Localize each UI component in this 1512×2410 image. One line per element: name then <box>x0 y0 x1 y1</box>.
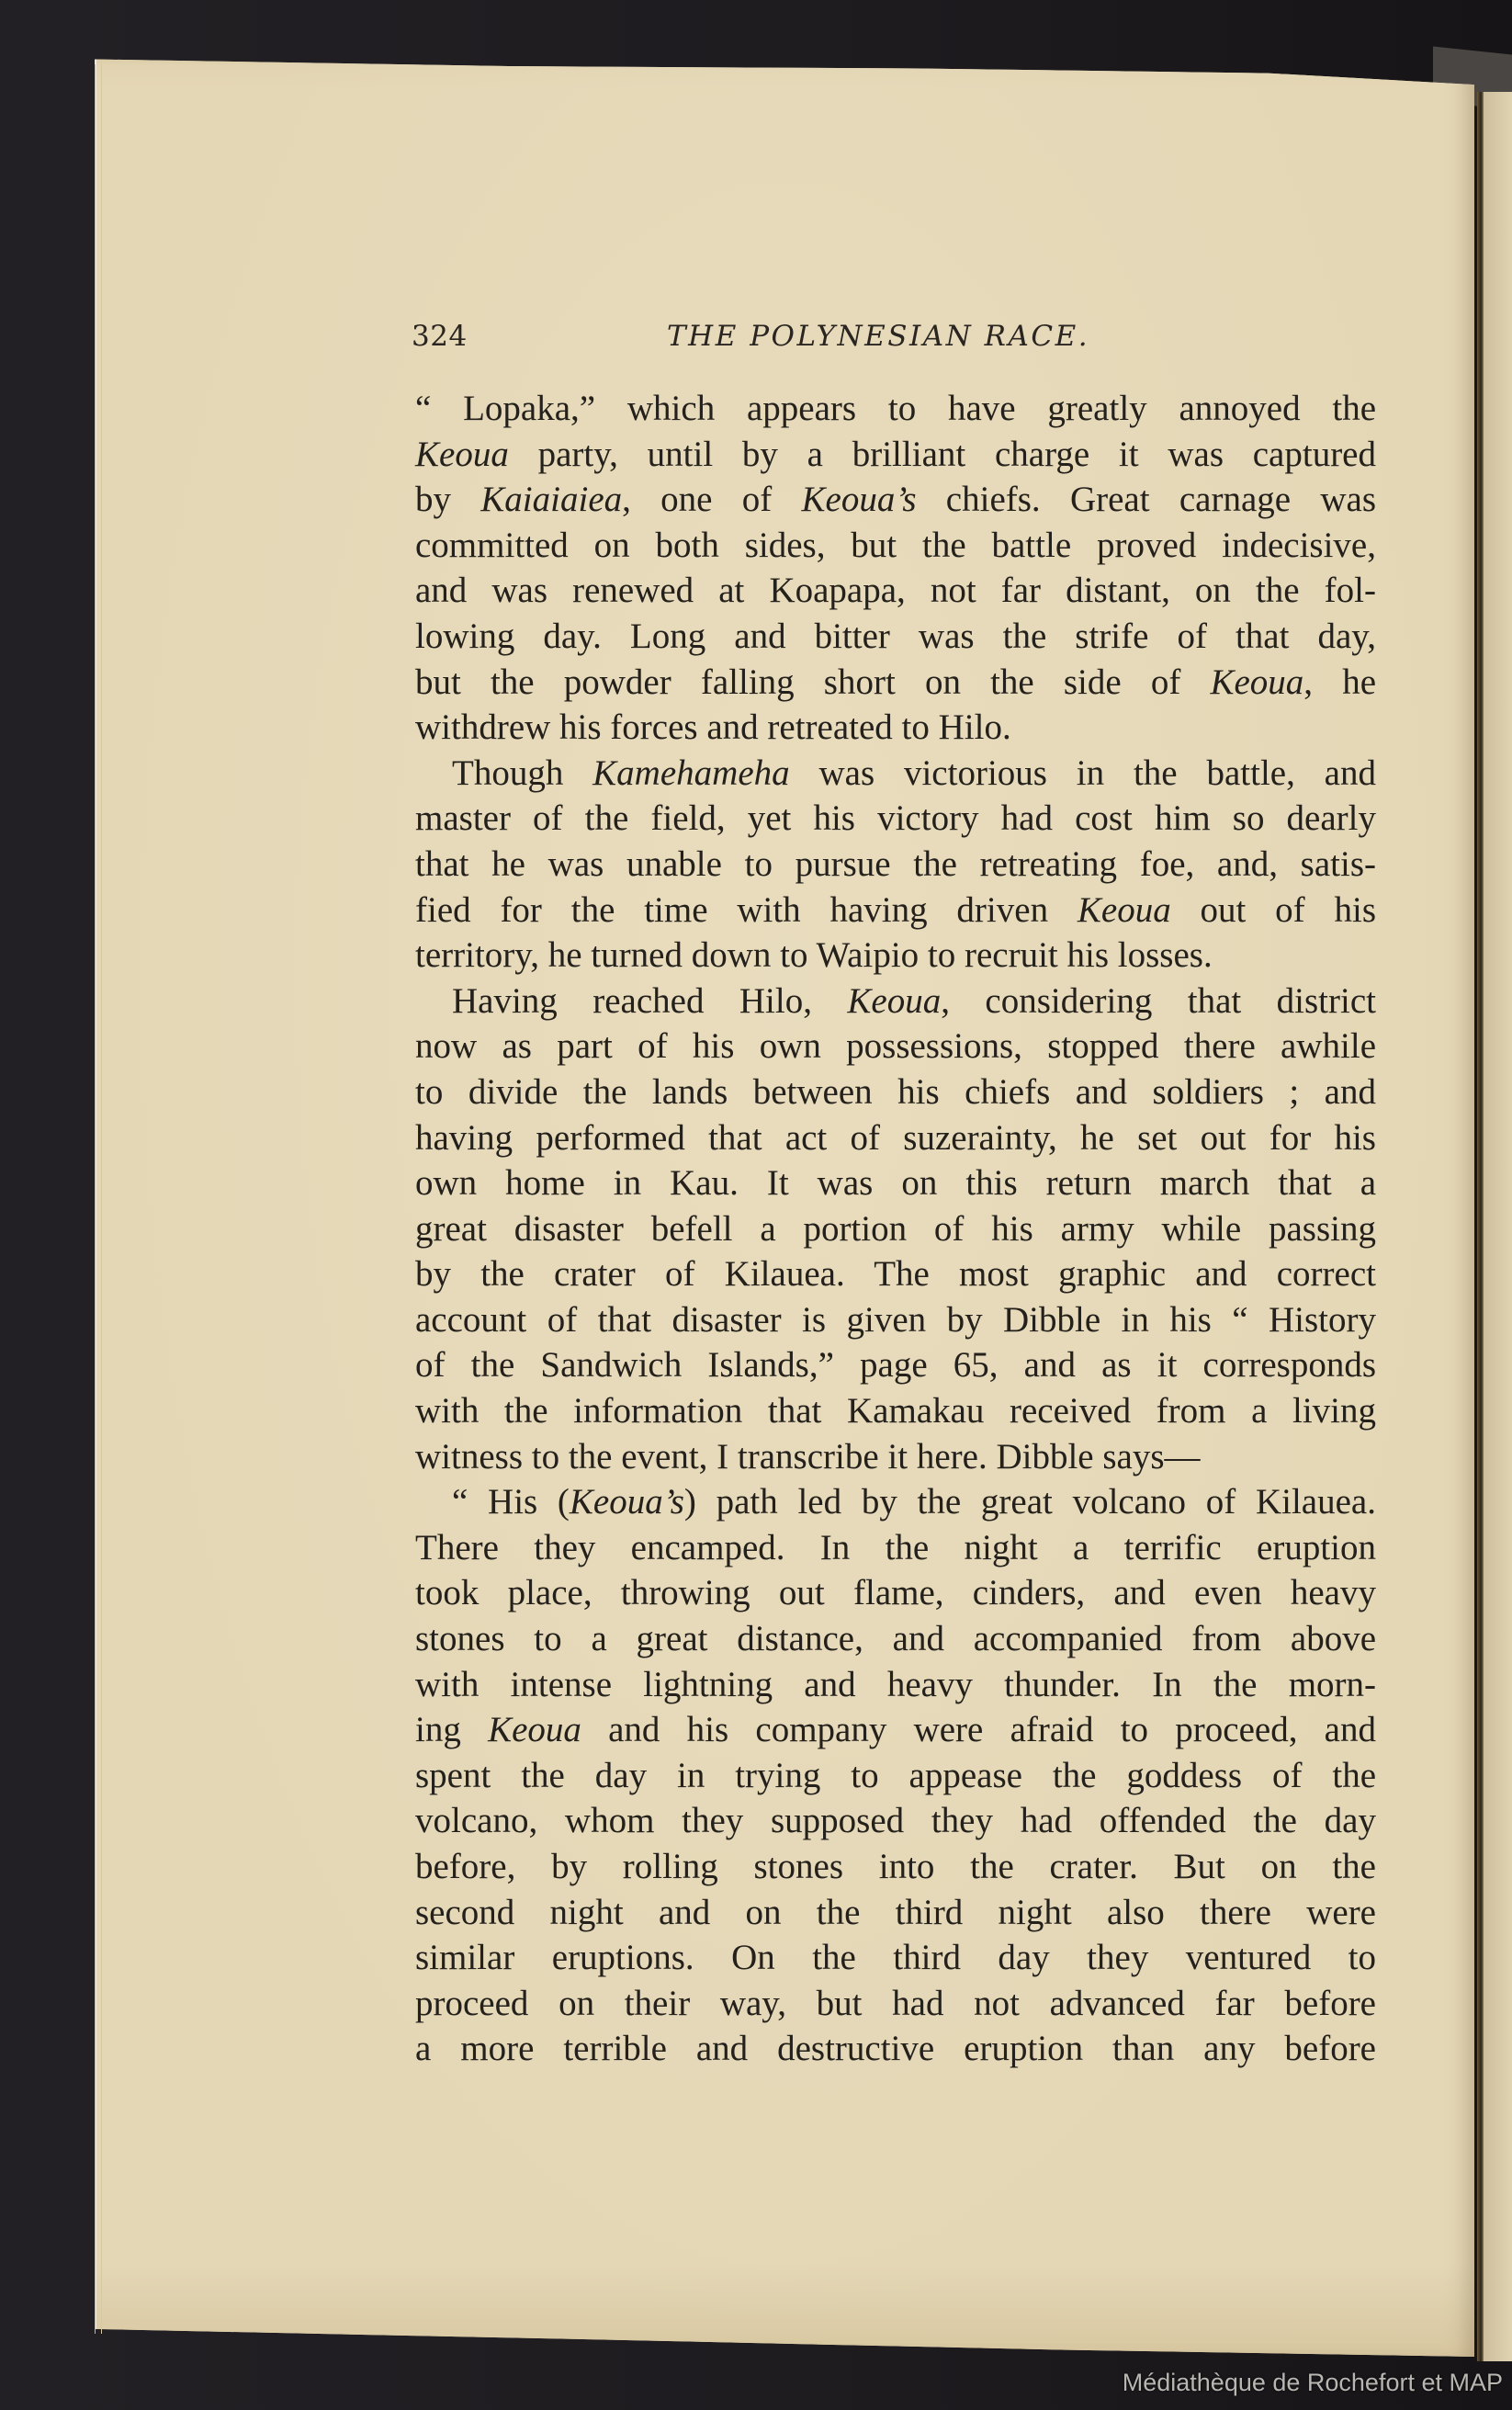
running-head: 324 THE POLYNESIAN RACE. <box>412 320 1378 364</box>
text-line: spent the day in trying to appease the g… <box>415 1753 1376 1799</box>
text-line: volcano, whom they supposed they had off… <box>415 1798 1376 1844</box>
body-text: “ Lopaka,” which appears to have greatly… <box>415 386 1376 2072</box>
text-line: great disaster befell a portion of his a… <box>415 1206 1376 1252</box>
text-line: own home in Kau. It was on this return m… <box>415 1160 1376 1206</box>
paragraph: Though Kamehameha was victorious in the … <box>415 751 1376 979</box>
paragraph: “ Lopaka,” which appears to have greatly… <box>415 386 1376 751</box>
paragraph: “ His (Keoua’s) path led by the great vo… <box>415 1479 1376 2072</box>
library-watermark: Médiathèque de Rochefort et MAP <box>1123 2369 1503 2397</box>
text-line: of the Sandwich Islands,” page 65, and a… <box>415 1342 1376 1388</box>
text-line: by the crater of Kilauea. The most graph… <box>415 1251 1376 1297</box>
text-line: and was renewed at Koapapa, not far dist… <box>415 568 1376 614</box>
text-line: Keoua party, until by a brilliant charge… <box>415 432 1376 478</box>
text-line: Though Kamehameha was victorious in the … <box>415 751 1376 797</box>
text-line: committed on both sides, but the battle … <box>415 523 1376 569</box>
text-line: account of that disaster is given by Dib… <box>415 1297 1376 1343</box>
text-line: before, by rolling stones into the crate… <box>415 1844 1376 1890</box>
text-line: witness to the event, I transcribe it he… <box>415 1434 1376 1480</box>
paragraph: Having reached Hilo, Keoua, considering … <box>415 979 1376 1480</box>
text-line: to divide the lands between his chiefs a… <box>415 1069 1376 1115</box>
page-stack-edge <box>95 64 102 2334</box>
text-line: master of the field, yet his victory had… <box>415 796 1376 842</box>
text-line: second night and on the third night also… <box>415 1890 1376 1936</box>
text-line: by Kaiaiaiea, one of Keoua’s chiefs. Gre… <box>415 477 1376 523</box>
text-line: “ His (Keoua’s) path led by the great vo… <box>415 1479 1376 1525</box>
text-line: but the powder falling short on the side… <box>415 660 1376 706</box>
page-gutter <box>1477 92 1484 2361</box>
text-line: proceed on their way, but had not advanc… <box>415 1981 1376 2027</box>
text-line: Having reached Hilo, Keoua, considering … <box>415 979 1376 1024</box>
adjacent-page-edge <box>1484 92 1512 2361</box>
text-line: withdrew his forces and retreated to Hil… <box>415 705 1376 751</box>
text-line: with the information that Kamakau receiv… <box>415 1388 1376 1434</box>
text-line: ing Keoua and his company were afraid to… <box>415 1707 1376 1753</box>
text-line: that he was unable to pursue the retreat… <box>415 842 1376 888</box>
text-line: took place, throwing out flame, cinders,… <box>415 1570 1376 1616</box>
text-line: now as part of his own possessions, stop… <box>415 1024 1376 1069</box>
page-number: 324 <box>412 320 468 353</box>
running-title: THE POLYNESIAN RACE. <box>667 320 1089 353</box>
text-line: There they encamped. In the night a terr… <box>415 1525 1376 1571</box>
text-line: stones to a great distance, and accompan… <box>415 1616 1376 1662</box>
text-line: a more terrible and destructive eruption… <box>415 2026 1376 2072</box>
text-line: similar eruptions. On the third day they… <box>415 1935 1376 1981</box>
text-line: fied for the time with having driven Keo… <box>415 888 1376 933</box>
text-line: territory, he turned down to Waipio to r… <box>415 933 1376 979</box>
text-line: having performed that act of suzerainty,… <box>415 1115 1376 1161</box>
text-line: “ Lopaka,” which appears to have greatly… <box>415 386 1376 432</box>
text-line: lowing day. Long and bitter was the stri… <box>415 614 1376 660</box>
text-line: with intense lightning and heavy thunder… <box>415 1662 1376 1708</box>
